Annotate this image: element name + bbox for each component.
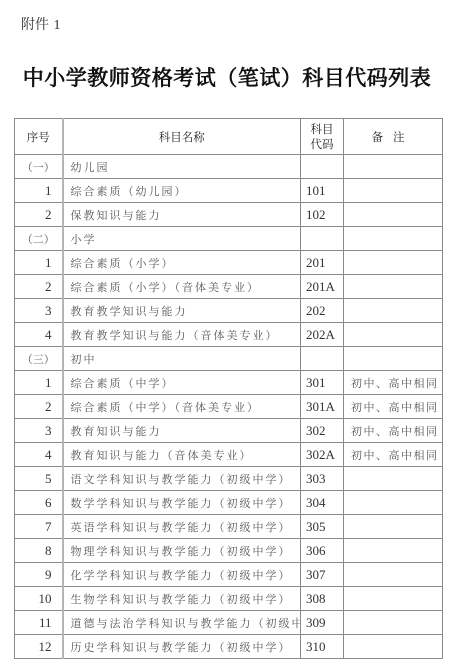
attachment-label: 附件 1 [21, 14, 60, 34]
row-number: 2 [15, 395, 63, 419]
header-code-line2: 代码 [311, 137, 334, 151]
subject-name: 道德与法治学科知识与教学能力（初级中学） [63, 611, 301, 635]
subject-name: 初中 [63, 347, 301, 371]
subject-name: 教育教学知识与能力 [63, 299, 301, 323]
subject-name: 生物学科知识与教学能力（初级中学） [63, 587, 301, 611]
subject-name: 综合素质（中学） [63, 371, 301, 395]
row-number: 1 [15, 371, 63, 395]
attachment-number: 1 [53, 18, 60, 33]
header-code-line1: 科目 [311, 122, 334, 136]
subject-name: 保教知识与能力 [63, 203, 301, 227]
table-row: 8物理学科知识与教学能力（初级中学）306 [15, 539, 443, 563]
row-number: 4 [15, 443, 63, 467]
table-row: 5语文学科知识与教学能力（初级中学）303 [15, 467, 443, 491]
subject-code: 201 [301, 251, 344, 275]
subject-note [344, 299, 443, 323]
subject-name: 数学学科知识与教学能力（初级中学） [63, 491, 301, 515]
subject-code: 305 [301, 515, 344, 539]
subject-name: 幼儿园 [63, 155, 301, 179]
subject-code: 303 [301, 467, 344, 491]
row-number: 4 [15, 323, 63, 347]
page-title: 中小学教师资格考试（笔试）科目代码列表 [0, 62, 454, 92]
table-row: 1综合素质（幼儿园）101 [15, 179, 443, 203]
subject-name: 教育知识与能力 [63, 419, 301, 443]
subject-code [301, 155, 344, 179]
row-number: 2 [15, 203, 63, 227]
row-number: 11 [15, 611, 63, 635]
subject-name: 综合素质（小学） [63, 251, 301, 275]
row-number: （一） [15, 155, 63, 179]
table-row: 1综合素质（中学）301初中、高中相同 [15, 371, 443, 395]
subject-name: 综合素质（幼儿园） [63, 179, 301, 203]
table-row: 9化学学科知识与教学能力（初级中学）307 [15, 563, 443, 587]
subject-code: 302 [301, 419, 344, 443]
subject-name: 化学学科知识与教学能力（初级中学） [63, 563, 301, 587]
subject-name: 教育知识与能力（音体美专业） [63, 443, 301, 467]
table-row: 11道德与法治学科知识与教学能力（初级中学）309 [15, 611, 443, 635]
subject-code: 308 [301, 587, 344, 611]
subject-code [301, 227, 344, 251]
subject-code: 307 [301, 563, 344, 587]
row-number: 1 [15, 179, 63, 203]
subject-name: 教育教学知识与能力（音体美专业） [63, 323, 301, 347]
row-number: 9 [15, 563, 63, 587]
subject-code [301, 347, 344, 371]
subject-note: 初中、高中相同 [344, 419, 443, 443]
subject-note [344, 539, 443, 563]
subject-note [344, 467, 443, 491]
subject-code: 301 [301, 371, 344, 395]
table-row: 10生物学科知识与教学能力（初级中学）308 [15, 587, 443, 611]
section-row: （三）初中 [15, 347, 443, 371]
attachment-label-text: 附件 [21, 17, 49, 33]
subject-note [344, 347, 443, 371]
subject-code: 201A [301, 275, 344, 299]
subject-code: 302A [301, 443, 344, 467]
subject-note [344, 563, 443, 587]
subject-name: 语文学科知识与教学能力（初级中学） [63, 467, 301, 491]
subject-name: 综合素质（中学）（音体美专业） [63, 395, 301, 419]
header-note: 备注 [344, 119, 443, 155]
subject-note [344, 227, 443, 251]
table-row: 12历史学科知识与教学能力（初级中学）310 [15, 635, 443, 659]
subject-note [344, 611, 443, 635]
header-name: 科目名称 [63, 119, 301, 155]
subject-code: 301A [301, 395, 344, 419]
row-number: 1 [15, 251, 63, 275]
table-row: 4教育知识与能力（音体美专业）302A初中、高中相同 [15, 443, 443, 467]
table-row: 3教育教学知识与能力202 [15, 299, 443, 323]
subject-code: 304 [301, 491, 344, 515]
row-number: 7 [15, 515, 63, 539]
subject-note: 初中、高中相同 [344, 371, 443, 395]
subject-note: 初中、高中相同 [344, 443, 443, 467]
row-number: （二） [15, 227, 63, 251]
subject-note: 初中、高中相同 [344, 395, 443, 419]
row-number: （三） [15, 347, 63, 371]
row-number: 3 [15, 419, 63, 443]
subject-note [344, 179, 443, 203]
header-no: 序号 [15, 119, 63, 155]
table-row: 1综合素质（小学）201 [15, 251, 443, 275]
table-row: 6数学学科知识与教学能力（初级中学）304 [15, 491, 443, 515]
row-number: 3 [15, 299, 63, 323]
subject-code: 202A [301, 323, 344, 347]
subject-name: 物理学科知识与教学能力（初级中学） [63, 539, 301, 563]
subject-note [344, 587, 443, 611]
subject-code-table: 序号 科目名称 科目代码 备注 （一）幼儿园1综合素质（幼儿园）1012保教知识… [14, 118, 443, 659]
subject-note [344, 515, 443, 539]
subject-code: 102 [301, 203, 344, 227]
subject-note [344, 635, 443, 659]
row-number: 5 [15, 467, 63, 491]
table-row: 7英语学科知识与教学能力（初级中学）305 [15, 515, 443, 539]
table-row: 4教育教学知识与能力（音体美专业）202A [15, 323, 443, 347]
table-row: 2综合素质（小学）（音体美专业）201A [15, 275, 443, 299]
subject-code: 202 [301, 299, 344, 323]
subject-code: 310 [301, 635, 344, 659]
subject-code: 309 [301, 611, 344, 635]
section-row: （一）幼儿园 [15, 155, 443, 179]
subject-note [344, 251, 443, 275]
table-row: 3教育知识与能力302初中、高中相同 [15, 419, 443, 443]
subject-note [344, 203, 443, 227]
row-number: 2 [15, 275, 63, 299]
row-number: 6 [15, 491, 63, 515]
header-code: 科目代码 [301, 119, 344, 155]
subject-note [344, 491, 443, 515]
subject-name: 综合素质（小学）（音体美专业） [63, 275, 301, 299]
row-number: 8 [15, 539, 63, 563]
table-row: 2保教知识与能力102 [15, 203, 443, 227]
subject-name: 英语学科知识与教学能力（初级中学） [63, 515, 301, 539]
subject-name: 小学 [63, 227, 301, 251]
row-number: 10 [15, 587, 63, 611]
subject-note [344, 155, 443, 179]
subject-name: 历史学科知识与教学能力（初级中学） [63, 635, 301, 659]
table-header-row: 序号 科目名称 科目代码 备注 [15, 119, 443, 155]
table-row: 2综合素质（中学）（音体美专业）301A初中、高中相同 [15, 395, 443, 419]
row-number: 12 [15, 635, 63, 659]
section-row: （二）小学 [15, 227, 443, 251]
subject-note [344, 275, 443, 299]
subject-code: 306 [301, 539, 344, 563]
subject-code: 101 [301, 179, 344, 203]
subject-note [344, 323, 443, 347]
